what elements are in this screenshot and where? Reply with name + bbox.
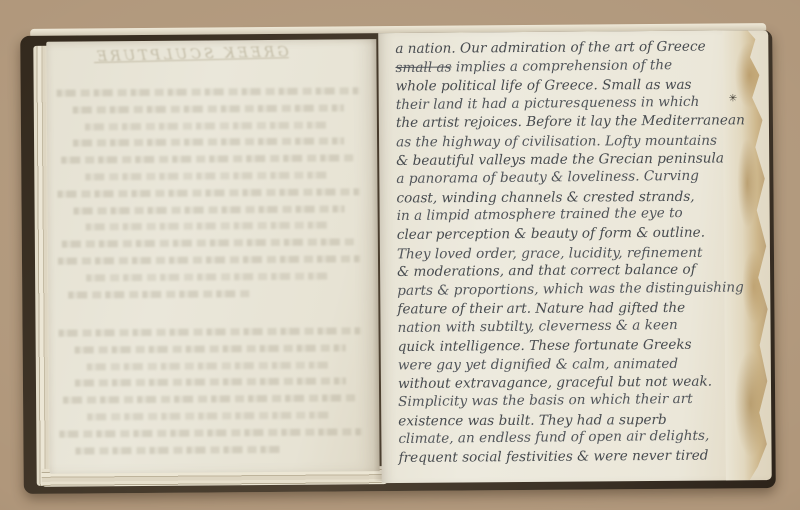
handwritten-line: frequent social festivities & were never… [398, 446, 746, 467]
handwritten-text: a nation. Our admiration of the art of G… [395, 37, 746, 467]
handwritten-line: as the highway of civilisation. Lofty mo… [396, 132, 744, 152]
handwritten-line: in a limpid atmosphere trained the eye t… [397, 204, 745, 226]
handwritten-line: nation with subtilty, cleverness & a kee… [397, 315, 745, 337]
ghost-text-line [70, 205, 345, 214]
ghost-text-line [71, 344, 346, 353]
ghost-text-line [82, 222, 332, 231]
ghost-heading: GREEK SCULPTURE [93, 44, 290, 73]
ghost-text-line [58, 239, 356, 248]
handwritten-line: climate, an endless fund of open air del… [398, 427, 746, 449]
left-page: GREEK SCULPTURE [46, 39, 379, 474]
notebook: GREEK SCULPTURE [20, 23, 780, 497]
handwritten-line: small as implies a comprehension of the [395, 55, 743, 77]
handwritten-line: clear perception & beauty of form & outl… [397, 223, 745, 244]
handwritten-line: parts & proportions, which was the disti… [397, 278, 745, 300]
handwritten-line: a panorama of beauty & loveliness. Curvi… [396, 167, 744, 189]
ghost-text-line [55, 428, 362, 437]
ghost-text-line [81, 121, 331, 130]
ghost-text-line [53, 87, 360, 96]
ghost-text-line [83, 361, 333, 370]
ghost-text-line [71, 378, 346, 387]
handwritten-line: quick intelligence. These fortunate Gree… [398, 335, 746, 356]
ghost-text-line [82, 272, 332, 281]
handwritten-line: Simplicity was the basis on which their … [398, 390, 746, 412]
ghost-text-line [55, 327, 362, 336]
photo-scene: GREEK SCULPTURE [0, 0, 800, 510]
ghost-text-line [81, 172, 331, 181]
ghost-text-line [69, 104, 344, 113]
handwritten-line: their land it had a picturesqueness in w… [396, 92, 744, 114]
ghost-text-line [71, 446, 282, 455]
ghost-text-block-2 [55, 327, 376, 464]
ghost-text-line [57, 155, 355, 164]
right-page: a nation. Our admiration of the art of G… [378, 30, 772, 483]
ghost-text-block-1 [53, 87, 375, 308]
ghost-text-line [53, 188, 360, 197]
margin-asterisk-mark: ✳ [729, 93, 737, 104]
ghost-text-line [64, 290, 250, 298]
ghost-text-line [59, 395, 357, 404]
ghost-text-line [54, 255, 361, 264]
handwritten-line: were gay yet dignified & calm, animated [398, 355, 746, 375]
struck-through-words: small as [395, 59, 451, 76]
ghost-text-line [83, 412, 333, 421]
ghost-text-line [69, 138, 344, 147]
handwritten-line: They loved order, grace, lucidity, refin… [397, 243, 745, 263]
handwritten-line: the artist rejoices. Before it lay the M… [396, 112, 744, 133]
